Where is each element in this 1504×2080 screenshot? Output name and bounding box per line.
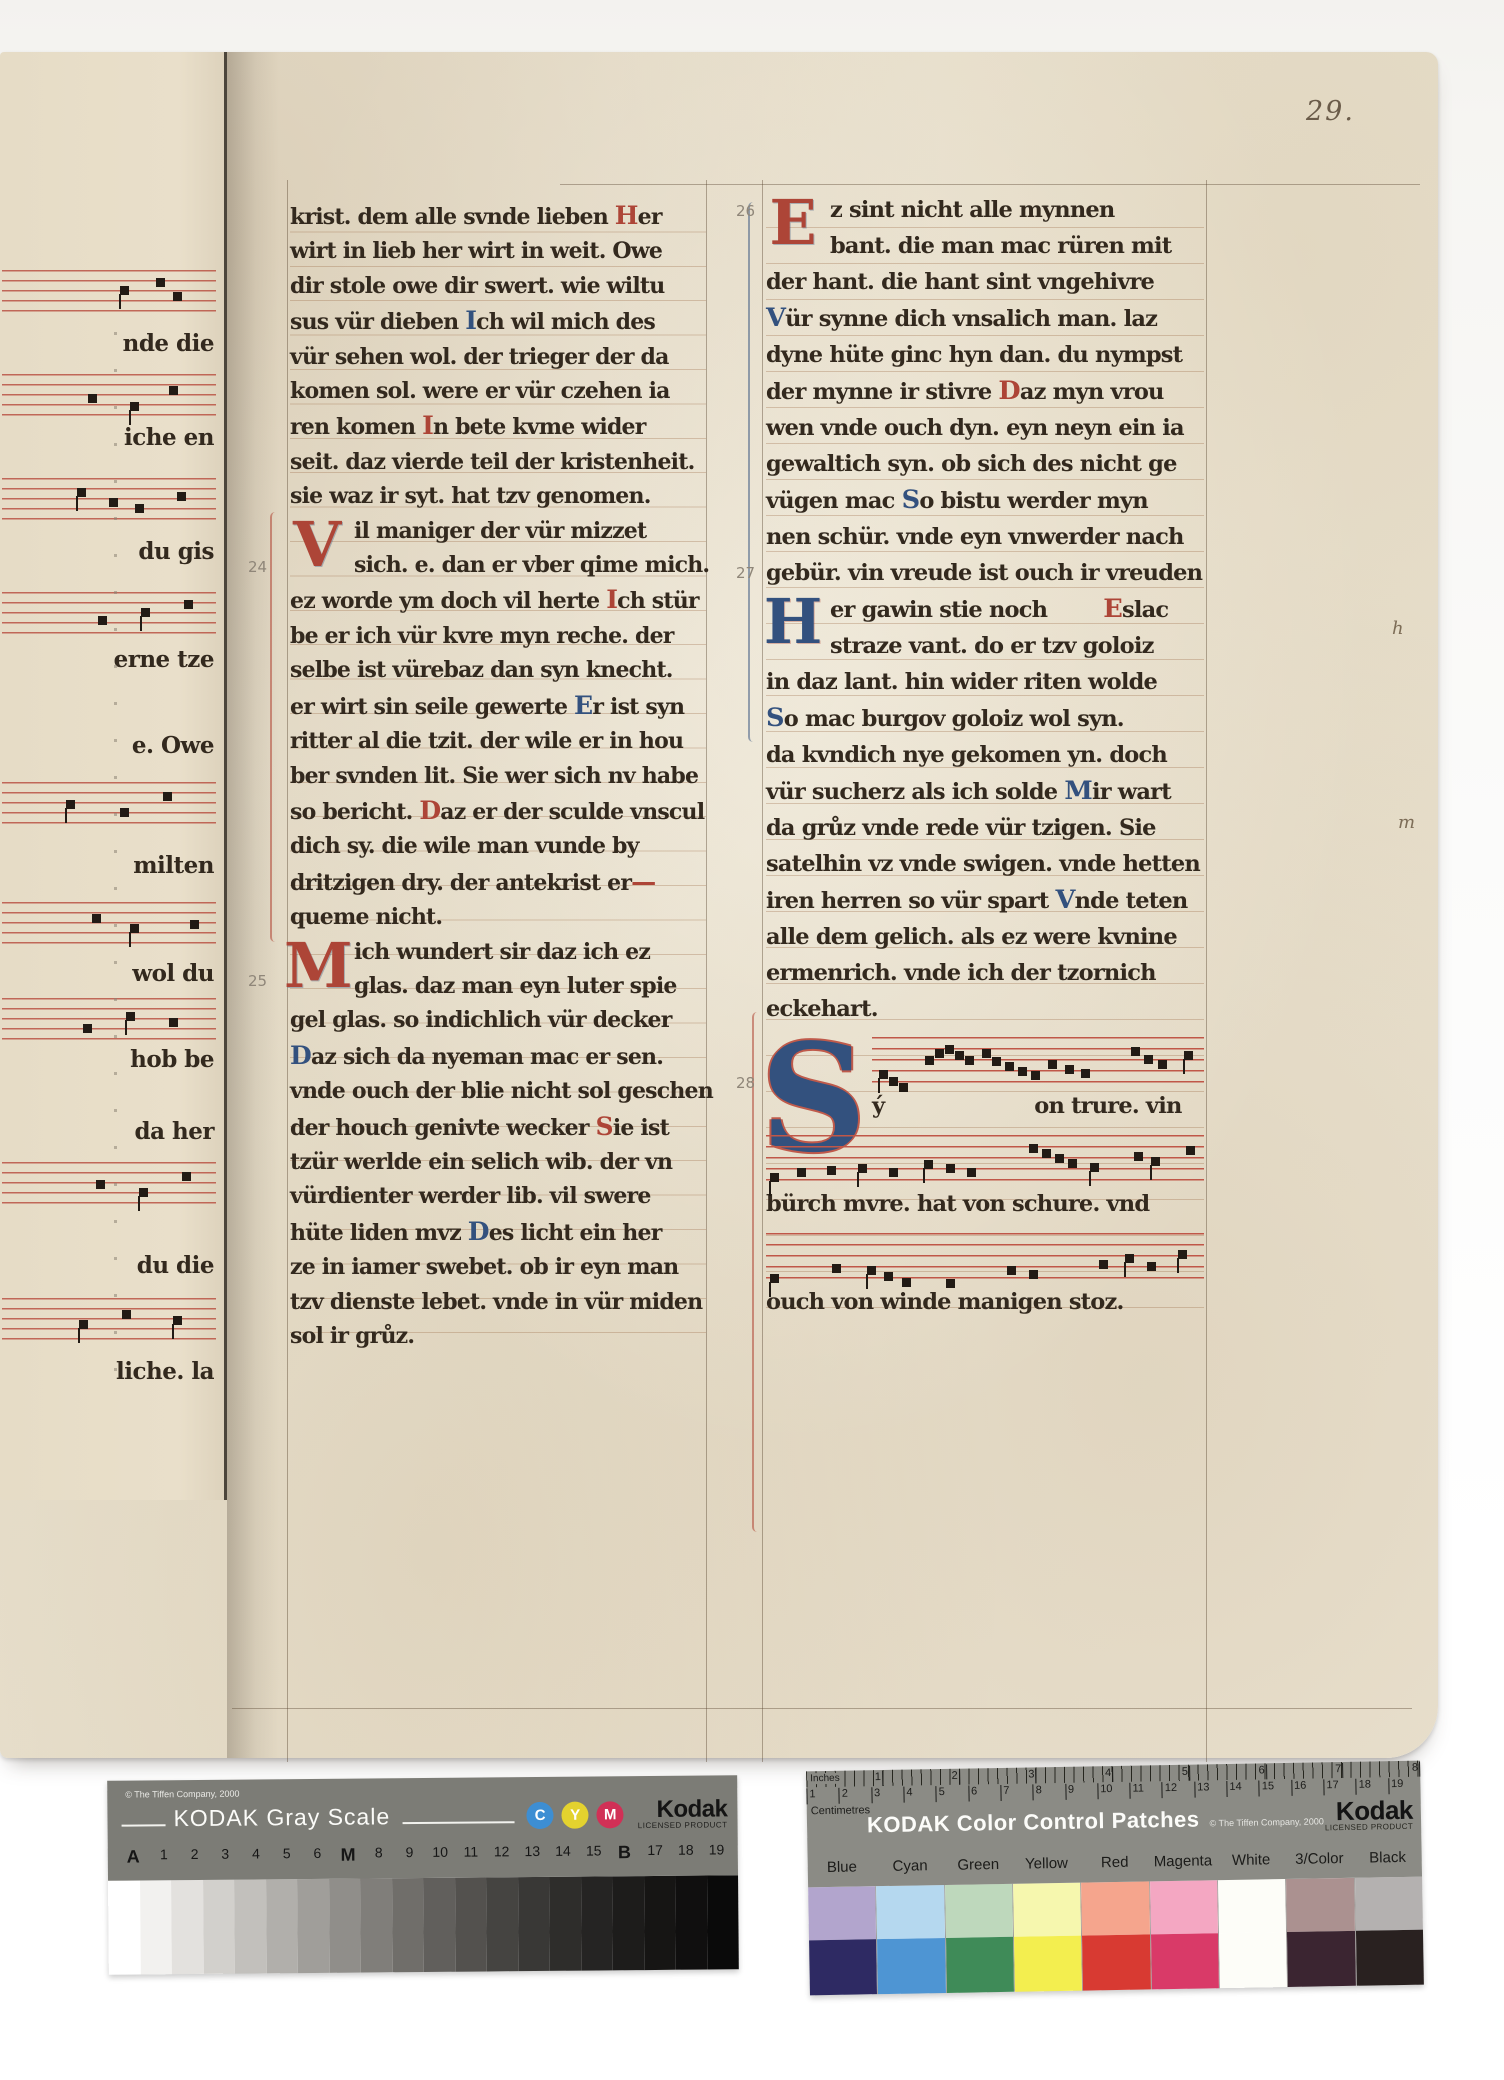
manuscript-line: dyne hüte ginc hyn dan. du nympst — [766, 337, 1204, 373]
text-run: gewaltich syn. ob sich des nicht ge — [766, 451, 1177, 477]
dropcap-block: Ez sint nicht alle mynnenbant. die man m… — [766, 192, 1204, 264]
manuscript-line: il maniger der vür mizzet — [354, 514, 706, 548]
neume — [1134, 1152, 1143, 1161]
color-column-magenta — [1150, 1880, 1220, 1989]
blue-initial: I — [465, 305, 476, 335]
patch-saturated — [1014, 1936, 1082, 1992]
music-section: Sýon trure. vinbürch mvre. hat von schur… — [766, 1037, 1204, 1322]
cm-number: 10 — [1097, 1783, 1130, 1800]
text-run: er wirt sin seile gewerte — [290, 694, 574, 720]
illuminated-initial: H — [760, 591, 826, 653]
neume — [130, 402, 139, 411]
gray-patch-14 — [518, 1877, 550, 1971]
dropcap-block: Vil maniger der vür mizzetsich. e. dan e… — [290, 514, 706, 583]
centimetres-label: Centimetres — [811, 1804, 870, 1817]
red-initial: D — [419, 795, 440, 825]
scale-step-label: 11 — [455, 1843, 486, 1864]
kodak-brand: Kodak LICENSED PRODUCT — [638, 1797, 728, 1830]
neume — [126, 1012, 135, 1021]
lyric-line: ouch von winde manigen stoz. — [766, 1282, 1204, 1322]
text-run: ür synne dich vnsalich man. laz — [785, 306, 1157, 332]
neume — [946, 1164, 955, 1173]
text-run: vür sucherz als ich solde — [766, 779, 1064, 805]
manuscript-line: ez worde ym doch vil herte Ich stür — [290, 582, 706, 618]
music-staff — [766, 1135, 1204, 1181]
text-run: satelhin vz vnde swigen. vnde hetten — [766, 851, 1200, 877]
inch-number: 7 — [1267, 1763, 1344, 1779]
facing-page-text: e. Owe — [132, 732, 214, 759]
gray-patch-3 — [171, 1880, 203, 1974]
cm-number: 6 — [968, 1785, 1001, 1802]
inch-number: 8 — [1343, 1762, 1420, 1778]
lyric-line: bürch mvre. hat von schure. vnd — [766, 1184, 1204, 1224]
manuscript-line: dich sy. die wile man vunde by — [290, 829, 706, 863]
manuscript-line: sus vür dieben Ich wil mich des — [290, 303, 706, 339]
manuscript-line: So mac burgov goloiz wol syn. — [766, 700, 1204, 737]
text-run: komen sol. were er vür czehen ia — [290, 378, 670, 404]
manuscript-line: satelhin vz vnde swigen. vnde hetten — [766, 846, 1204, 882]
text-run: iren herren so vür spart — [766, 888, 1056, 914]
patch-saturated — [809, 1939, 877, 1995]
cm-number: 15 — [1259, 1780, 1292, 1797]
text-run: dir stole owe dir swert. wie wiltu — [290, 273, 664, 299]
neume — [925, 1056, 934, 1065]
gray-patch-2 — [140, 1880, 172, 1974]
neume — [1099, 1260, 1108, 1269]
cm-number: 4 — [903, 1786, 936, 1803]
neume — [770, 1274, 779, 1283]
scale-step-label: M — [333, 1845, 364, 1866]
manuscript-line: vügen mac So bistu werder myn — [766, 482, 1204, 519]
ruling-vertical-2 — [706, 180, 707, 1762]
pen-flourish-red — [270, 512, 280, 942]
text-run: ritter al die tzit. der wile er in hou — [290, 728, 683, 754]
neume — [169, 1018, 178, 1027]
text-run: hüte liden mvz — [290, 1220, 468, 1246]
text-run: o mac burgov goloiz wol syn. — [784, 706, 1124, 732]
kodak-gray-scale-target: © The Tiffen Company, 2000 KODAK Gray Sc… — [107, 1775, 739, 1974]
neume — [827, 1166, 836, 1175]
patch-pale — [808, 1886, 876, 1940]
gray-patch-16 — [581, 1876, 613, 1970]
text-run: gebür. vin vreude ist ouch ir vreuden — [766, 560, 1202, 586]
text-run: be er ich vür kvre myn reche. der — [290, 623, 674, 649]
gray-patch-11 — [423, 1878, 455, 1972]
scale-step-label: 19 — [701, 1841, 732, 1862]
scale-step-label: 5 — [271, 1845, 302, 1866]
scale-step-label: B — [609, 1842, 640, 1863]
pencil-stanza-number: 24 — [248, 558, 267, 576]
manuscript-line: wirt in lieb her wirt in weit. Owe — [290, 234, 706, 268]
text-run: slac — [1122, 597, 1168, 623]
color-column-labels: BlueCyanGreenYellowRedMagentaWhite3/Colo… — [808, 1849, 1422, 1877]
pricking-marks — [114, 332, 117, 1392]
blue-initial: S — [766, 703, 784, 733]
neume — [982, 1049, 991, 1058]
color-patches-grid — [808, 1877, 1424, 1996]
neume — [163, 792, 172, 801]
text-run: o bistu werder myn — [919, 488, 1148, 514]
neume — [899, 1083, 908, 1092]
color-circle-y: Y — [562, 1801, 589, 1828]
scale-step-label: 17 — [640, 1842, 671, 1863]
cm-number: 7 — [1000, 1784, 1033, 1801]
text-run: il maniger der vür mizzet — [354, 518, 646, 544]
scale-step-label: 18 — [670, 1842, 701, 1863]
neume — [156, 278, 165, 287]
patch-saturated — [1287, 1931, 1355, 1987]
neume — [967, 1168, 976, 1177]
blue-initial: M — [1064, 776, 1092, 806]
neume — [184, 600, 193, 609]
text-run: dritzigen dry. der antekrist er — [290, 870, 631, 896]
blue-initial: D — [468, 1216, 489, 1246]
blue-initial: E — [574, 690, 592, 720]
blue-initial: S — [902, 485, 920, 515]
manuscript-line: vür sucherz als ich solde Mir wart — [766, 773, 1204, 810]
pencil-stanza-number: 25 — [248, 972, 267, 990]
manuscript-line: in daz lant. hin wider riten wolde — [766, 664, 1204, 700]
patch-saturated — [1082, 1934, 1150, 1990]
manuscript-line: selbe ist vürebaz dan syn knecht. — [290, 653, 706, 687]
scale-step-label: 14 — [548, 1843, 579, 1864]
text-run: dyne hüte ginc hyn dan. du nympst — [766, 342, 1182, 368]
text-run: vür sehen wol. der trieger der da — [290, 344, 669, 370]
scale-step-label: 6 — [302, 1845, 333, 1866]
cm-number: 16 — [1291, 1779, 1324, 1796]
neume — [1158, 1060, 1167, 1069]
color-label-black: Black — [1353, 1849, 1422, 1867]
cym-circles: CYM — [523, 1801, 628, 1829]
blue-initial: D — [290, 1040, 311, 1070]
text-run: az sich da nyeman mac er sen. — [311, 1044, 663, 1070]
patch-pale — [1013, 1883, 1081, 1937]
text-run: nen schür. vnde eyn vnwerder nach — [766, 524, 1184, 550]
neume — [924, 1160, 933, 1169]
color-column-cyan — [876, 1885, 946, 1994]
blue-initial: V — [766, 303, 785, 333]
text-run: der hant. die hant sint vngehivre — [766, 269, 1154, 295]
neume — [96, 1180, 105, 1189]
cm-number: 1 — [806, 1788, 839, 1805]
text-run: ich wundert sir daz ich ez — [354, 939, 650, 965]
manuscript-line: nen schür. vnde eyn vnwerder nach — [766, 519, 1204, 555]
neume — [120, 808, 129, 817]
neume — [1042, 1149, 1051, 1158]
text-run: ir wart — [1092, 779, 1171, 805]
ruling-horizontal-bottom — [232, 1708, 1412, 1709]
color-target-title: KODAK Color Control Patches — [867, 1807, 1200, 1839]
neume — [177, 492, 186, 501]
text-run: er gawin stie noch — [830, 597, 1047, 623]
neume — [858, 1164, 867, 1173]
inches-label: Inches — [810, 1773, 843, 1785]
manuscript-line: gewaltich syn. ob sich des nicht ge — [766, 446, 1204, 482]
neume — [955, 1051, 964, 1060]
neume — [1068, 1159, 1077, 1168]
text-column-left: krist. dem alle svnde lieben Herwirt in … — [290, 198, 706, 1353]
scale-step-label: 10 — [425, 1844, 456, 1865]
text-run: queme nicht. — [290, 904, 442, 930]
manuscript-line: ritter al die tzit. der wile er in hou — [290, 724, 706, 758]
illuminated-initial: V — [284, 514, 350, 576]
text-run: selbe ist vürebaz dan syn knecht. — [290, 657, 673, 683]
color-column-black — [1355, 1877, 1424, 1986]
text-run: sus vür dieben — [290, 309, 465, 335]
inch-number: 4 — [1036, 1767, 1113, 1783]
manuscript-line: vnde ouch der blie nicht sol geschen — [290, 1074, 706, 1108]
manuscript-line: er wirt sin seile gewerte Er ist syn — [290, 688, 706, 724]
red-initial: E — [1103, 594, 1122, 624]
color-label-green: Green — [944, 1856, 1013, 1874]
manuscript-line: Vür synne dich vnsalich man. laz — [766, 300, 1204, 337]
red-initial: H — [615, 200, 638, 230]
text-run: gel glas. so indichlich vür decker — [290, 1007, 672, 1033]
neume — [1131, 1047, 1140, 1056]
inch-number: 5 — [1113, 1766, 1190, 1782]
neume — [83, 1024, 92, 1033]
text-run: da kvndich nye gekomen yn. doch — [766, 742, 1167, 768]
facing-page-text: du gis — [138, 538, 214, 565]
gray-scale-step-labels: A123456M89101112131415B171819 — [118, 1841, 732, 1867]
text-run: tzür werlde ein selich wib. der vn — [290, 1149, 672, 1175]
folio-number: 29. — [1306, 96, 1355, 127]
neume — [173, 1316, 182, 1325]
dropcap-block: Her gawin stie nochEslacstraze vant. do … — [766, 591, 1204, 664]
pencil-stanza-number: 26 — [736, 202, 755, 220]
manuscript-line: bant. die man mac rüren mit — [830, 228, 1204, 264]
gray-scale-patches — [108, 1875, 739, 1974]
patch-pale — [1218, 1879, 1286, 1933]
lyric-line: ýon trure. vin — [872, 1086, 1204, 1126]
text-run: da grůz vnde rede vür tzigen. Sie — [766, 815, 1156, 841]
patch-pale — [1286, 1878, 1354, 1932]
manuscript-line: er gawin stie nochEslac — [830, 591, 1204, 628]
text-run: vürdienter werder lib. vil swere — [290, 1183, 651, 1209]
neume — [1186, 1146, 1195, 1155]
text-run: er — [638, 204, 662, 230]
text-run: az er der sculde vnscul — [440, 799, 704, 825]
manuscript-leaf: nde dieiche endu giserne tzee. Owemilten… — [0, 52, 1438, 1758]
text-run: glas. daz man eyn luter spie — [354, 973, 677, 999]
color-column-yellow — [1013, 1883, 1083, 1992]
text-run: ch stür — [617, 588, 699, 614]
text-run: ber svnden lit. Sie wer sich nv habe — [290, 763, 698, 789]
text-run: wen vnde ouch dyn. eyn neyn ein ia — [766, 415, 1184, 441]
neume — [1125, 1254, 1134, 1263]
scale-step-label: 9 — [394, 1844, 425, 1865]
gray-patch-17 — [612, 1876, 644, 1970]
text-run: sol ir grůz. — [290, 1323, 414, 1349]
manuscript-line: krist. dem alle svnde lieben Her — [290, 198, 706, 234]
text-run: tzv dienste lebet. vnde in vür miden — [290, 1289, 702, 1315]
color-label-3-color: 3/Color — [1285, 1850, 1354, 1868]
cm-number: 8 — [1033, 1784, 1066, 1801]
neume — [88, 394, 97, 403]
scale-step-label: 2 — [179, 1846, 210, 1867]
patch-pale — [1150, 1880, 1218, 1934]
text-run: ermenrich. vnde ich der tzornich — [766, 960, 1156, 986]
neume — [141, 608, 150, 617]
patch-saturated — [1151, 1933, 1219, 1989]
licensed-product-text: LICENSED PRODUCT — [1325, 1823, 1413, 1833]
gray-patch-4 — [203, 1880, 235, 1974]
manuscript-line: tzv dienste lebet. vnde in vür miden — [290, 1285, 706, 1319]
color-column-3-color — [1286, 1878, 1356, 1987]
text-run: sich. e. dan er vber qime mich. — [354, 552, 709, 578]
text-run: az myn vrou — [1020, 379, 1164, 405]
neume — [190, 920, 199, 929]
text-run: r ist syn — [592, 694, 684, 720]
neume — [832, 1264, 841, 1273]
manuscript-line: vürdienter werder lib. vil swere — [290, 1179, 706, 1213]
facing-page-staff — [2, 1162, 216, 1204]
title-rule-right — [402, 1821, 515, 1824]
cm-number: 17 — [1323, 1779, 1356, 1796]
facing-page-text: hob be — [130, 1046, 214, 1073]
text-run: bürch mvre. hat von schure. vnd — [766, 1191, 1149, 1217]
marginal-note: h — [1392, 618, 1404, 639]
music-staff — [872, 1037, 1204, 1083]
text-run: alle dem gelich. als ez were kvnine — [766, 924, 1177, 950]
manuscript-line: der mynne ir stivre Daz myn vrou — [766, 373, 1204, 410]
patch-saturated — [1356, 1930, 1424, 1986]
ruling-vertical-4 — [1206, 180, 1207, 1762]
title-rule-left — [122, 1824, 166, 1826]
neume — [98, 616, 107, 625]
manuscript-line: alle dem gelich. als ez were kvnine — [766, 919, 1204, 955]
text-run: dich sy. die wile man vunde by — [290, 833, 639, 859]
text-run: in daz lant. hin wider riten wolde — [766, 669, 1157, 695]
cm-number: 19 — [1388, 1778, 1421, 1795]
facing-page-staff — [2, 270, 216, 312]
kodak-logo-text: Kodak — [1324, 1797, 1413, 1825]
color-circle-m: M — [597, 1801, 624, 1828]
manuscript-line: ren komen In bete kvme wider — [290, 408, 706, 444]
gray-patch-6 — [266, 1879, 298, 1973]
text-run: so bericht. — [290, 799, 419, 825]
neume — [66, 800, 75, 809]
gray-patch-15 — [549, 1877, 581, 1971]
facing-page-staff — [2, 374, 216, 416]
facing-page-staff — [2, 782, 216, 824]
color-target-copyright: © The Tiffen Company, 2000 — [1210, 1816, 1324, 1828]
scale-step-label: 1 — [148, 1846, 179, 1867]
ruling-horizontal-top — [560, 184, 1420, 185]
cm-number: 2 — [839, 1787, 872, 1804]
text-run: ren komen — [290, 414, 422, 440]
neume — [1184, 1051, 1193, 1060]
neume — [1055, 1154, 1064, 1163]
text-run: on trure. vin — [1034, 1093, 1181, 1119]
cm-number: 3 — [871, 1787, 904, 1804]
manuscript-line: vür sehen wol. der trieger der da — [290, 340, 706, 374]
neume — [1048, 1060, 1057, 1069]
facing-page-staff — [2, 1298, 216, 1340]
kodak-brand: Kodak LICENSED PRODUCT — [1324, 1797, 1413, 1833]
manuscript-line: hüte liden mvz Des licht ein her — [290, 1214, 706, 1250]
manuscript-line: iren herren so vür spart Vnde teten — [766, 882, 1204, 919]
color-label-white: White — [1217, 1851, 1286, 1869]
neume — [1147, 1262, 1156, 1271]
color-column-green — [945, 1884, 1015, 1993]
neume — [889, 1077, 898, 1086]
gray-patch-10 — [392, 1878, 424, 1972]
text-run: vnde ouch der blie nicht sol geschen — [290, 1078, 713, 1104]
neume — [1005, 1062, 1014, 1071]
facing-page-staff — [2, 902, 216, 944]
manuscript-line: gel glas. so indichlich vür decker — [290, 1003, 706, 1037]
cm-number: 11 — [1129, 1782, 1162, 1799]
text-run: ouch von winde manigen stoz. — [766, 1289, 1124, 1315]
neume — [902, 1278, 911, 1287]
gray-patch-8 — [329, 1879, 361, 1973]
text-run: n bete kvme wider — [433, 414, 645, 440]
cm-number: 14 — [1226, 1780, 1259, 1797]
color-circle-c: C — [527, 1801, 554, 1828]
neume — [797, 1168, 806, 1177]
text-column-right: Ez sint nicht alle mynnenbant. die man m… — [766, 192, 1204, 1322]
neume — [1178, 1250, 1187, 1259]
cm-number: 18 — [1356, 1778, 1389, 1795]
neume — [1029, 1144, 1038, 1153]
neume — [879, 1070, 888, 1079]
text-run: ie ist — [613, 1115, 669, 1141]
gray-patch-12 — [455, 1877, 487, 1971]
neume — [889, 1168, 898, 1177]
color-target-bar: Inches 12345678 123456789101112131415161… — [806, 1761, 1422, 1888]
cm-number: 12 — [1162, 1782, 1195, 1799]
gray-patch-1 — [108, 1880, 140, 1974]
ruling-vertical-3 — [762, 180, 763, 1762]
inch-number: 6 — [1190, 1764, 1267, 1780]
neume — [173, 292, 182, 301]
gray-scale-copyright: © The Tiffen Company, 2000 — [125, 1789, 239, 1800]
scale-step-label: 3 — [210, 1846, 241, 1867]
manuscript-line: sich. e. dan er vber qime mich. — [354, 548, 706, 582]
manuscript-line: ze in iamer swebet. ob ir eyn man — [290, 1250, 706, 1284]
scale-step-label: 12 — [486, 1843, 517, 1864]
pencil-stanza-number: 28 — [736, 1074, 755, 1092]
neume — [992, 1057, 1001, 1066]
text-run: der houch genivte wecker — [290, 1115, 596, 1141]
patch-pale — [945, 1884, 1013, 1938]
patch-saturated — [877, 1938, 945, 1994]
gray-patch-19 — [675, 1876, 707, 1970]
facing-page-text: erne tze — [114, 646, 214, 673]
neume — [1018, 1067, 1027, 1076]
cm-number: 5 — [936, 1786, 969, 1803]
manuscript-line: dir stole owe dir swert. wie wiltu — [290, 269, 706, 303]
manuscript-line: ich wundert sir daz ich ez — [354, 935, 706, 969]
facing-page-staff — [2, 478, 216, 520]
text-run: straze vant. do er tzv goloiz — [830, 633, 1154, 659]
scale-step-label: 13 — [517, 1843, 548, 1864]
facing-page-text: da her — [135, 1118, 214, 1145]
text-run: krist. dem alle svnde lieben — [290, 204, 615, 230]
gray-patch-9 — [360, 1878, 392, 1972]
pencil-stanza-number: 27 — [736, 564, 755, 582]
text-run: der mynne ir stivre — [766, 379, 998, 405]
text-run: ze in iamer swebet. ob ir eyn man — [290, 1254, 678, 1280]
manuscript-line: ber svnden lit. Sie wer sich nv habe — [290, 759, 706, 793]
manuscript-line: wen vnde ouch dyn. eyn neyn ein ia — [766, 410, 1204, 446]
neume — [135, 504, 144, 513]
gray-scale-title-row: KODAK Gray Scale CYM Kodak LICENSED PROD… — [121, 1797, 727, 1834]
gray-patch-7 — [297, 1879, 329, 1973]
neume — [1144, 1055, 1153, 1064]
dropcap-block: Mich wundert sir daz ich ezglas. daz man… — [290, 935, 706, 1004]
